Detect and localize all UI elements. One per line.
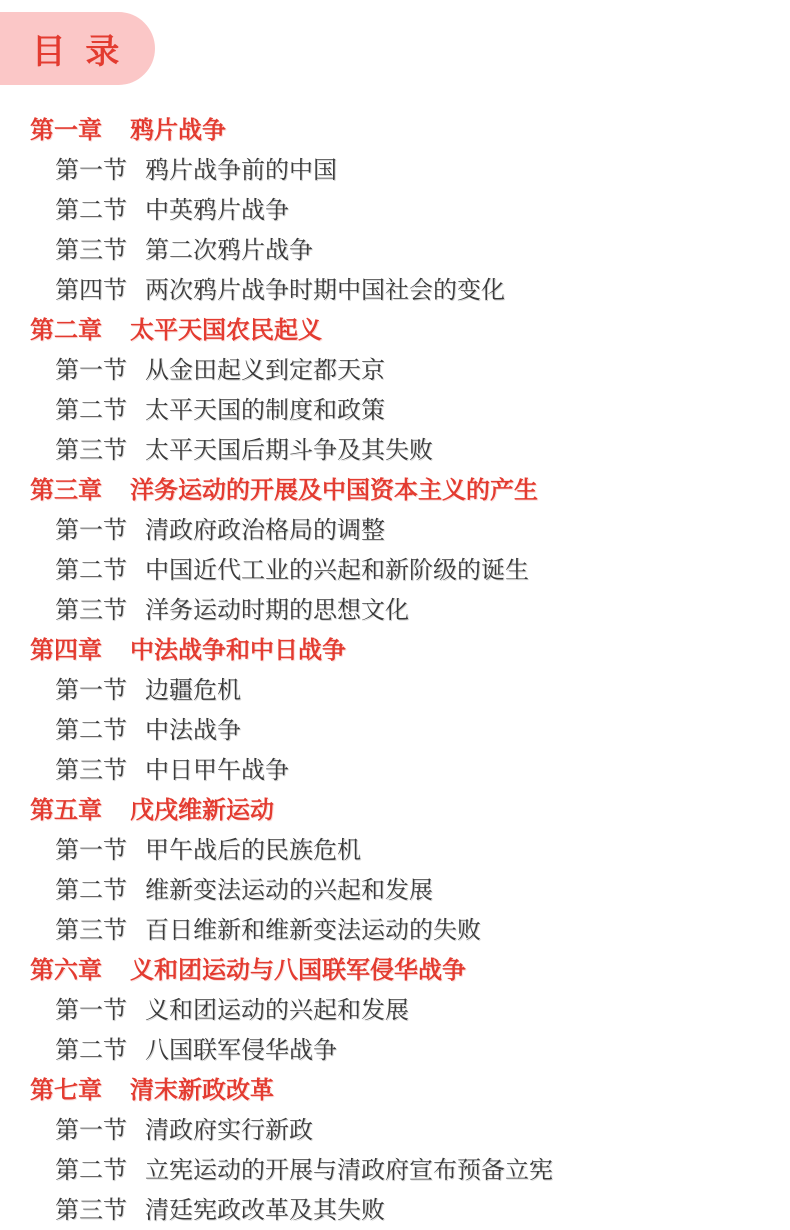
section-number: 第二节 <box>55 396 127 424</box>
section-number: 第二节 <box>55 556 127 584</box>
chapter-row[interactable]: 第一章鸦片战争 <box>30 110 770 150</box>
section-title: 清政府政治格局的调整 <box>145 516 385 544</box>
chapter-title: 中法战争和中日战争 <box>130 636 346 664</box>
chapter-title: 戊戌维新运动 <box>130 796 274 824</box>
toc-header-badge: 目 录 <box>0 12 155 85</box>
section-number: 第二节 <box>55 1036 127 1064</box>
chapter-number: 第三章 <box>30 476 102 504</box>
section-number: 第二节 <box>55 196 127 224</box>
section-title: 立宪运动的开展与清政府宣布预备立宪 <box>145 1156 553 1184</box>
section-number: 第三节 <box>55 756 127 784</box>
chapter-number: 第六章 <box>30 956 102 984</box>
section-number: 第一节 <box>55 1116 127 1144</box>
chapter-number: 第四章 <box>30 636 102 664</box>
chapter-row[interactable]: 第二章太平天国农民起义 <box>30 310 770 350</box>
section-number: 第一节 <box>55 516 127 544</box>
section-row[interactable]: 第三节百日维新和维新变法运动的失败 <box>55 910 770 950</box>
section-title: 中英鸦片战争 <box>145 196 289 224</box>
section-number: 第三节 <box>55 916 127 944</box>
section-title: 八国联军侵华战争 <box>145 1036 337 1064</box>
section-title: 第二次鸦片战争 <box>145 236 313 264</box>
section-title: 维新变法运动的兴起和发展 <box>145 876 433 904</box>
chapter-row[interactable]: 第四章中法战争和中日战争 <box>30 630 770 670</box>
section-number: 第二节 <box>55 876 127 904</box>
section-title: 边疆危机 <box>145 676 241 704</box>
section-number: 第三节 <box>55 1196 127 1224</box>
chapter-title: 太平天国农民起义 <box>130 316 322 344</box>
section-title: 清政府实行新政 <box>145 1116 313 1144</box>
section-title: 太平天国的制度和政策 <box>145 396 385 424</box>
section-row[interactable]: 第四节两次鸦片战争时期中国社会的变化 <box>55 270 770 310</box>
section-title: 义和团运动的兴起和发展 <box>145 996 409 1024</box>
section-title: 中国近代工业的兴起和新阶级的诞生 <box>145 556 529 584</box>
section-title: 鸦片战争前的中国 <box>145 156 337 184</box>
section-number: 第一节 <box>55 676 127 704</box>
section-row[interactable]: 第一节清政府实行新政 <box>55 1110 770 1150</box>
chapter-row[interactable]: 第五章戊戌维新运动 <box>30 790 770 830</box>
section-number: 第一节 <box>55 996 127 1024</box>
section-number: 第一节 <box>55 836 127 864</box>
section-title: 洋务运动时期的思想文化 <box>145 596 409 624</box>
section-title: 甲午战后的民族危机 <box>145 836 361 864</box>
section-row[interactable]: 第一节鸦片战争前的中国 <box>55 150 770 190</box>
section-row[interactable]: 第三节中日甲午战争 <box>55 750 770 790</box>
section-title: 太平天国后期斗争及其失败 <box>145 436 433 464</box>
section-title: 两次鸦片战争时期中国社会的变化 <box>145 276 505 304</box>
chapter-number: 第一章 <box>30 116 102 144</box>
chapter-number: 第七章 <box>30 1076 102 1104</box>
section-row[interactable]: 第一节边疆危机 <box>55 670 770 710</box>
chapter-title: 洋务运动的开展及中国资本主义的产生 <box>130 476 538 504</box>
section-row[interactable]: 第三节清廷宪政改革及其失败 <box>55 1190 770 1230</box>
chapter-title: 义和团运动与八国联军侵华战争 <box>130 956 466 984</box>
section-title: 从金田起义到定都天京 <box>145 356 385 384</box>
section-row[interactable]: 第三节太平天国后期斗争及其失败 <box>55 430 770 470</box>
section-number: 第三节 <box>55 436 127 464</box>
section-title: 中日甲午战争 <box>145 756 289 784</box>
section-row[interactable]: 第一节义和团运动的兴起和发展 <box>55 990 770 1030</box>
section-title: 中法战争 <box>145 716 241 744</box>
chapter-row[interactable]: 第六章义和团运动与八国联军侵华战争 <box>30 950 770 990</box>
section-row[interactable]: 第二节维新变法运动的兴起和发展 <box>55 870 770 910</box>
section-row[interactable]: 第一节清政府政治格局的调整 <box>55 510 770 550</box>
section-title: 百日维新和维新变法运动的失败 <box>145 916 481 944</box>
section-row[interactable]: 第二节中英鸦片战争 <box>55 190 770 230</box>
section-row[interactable]: 第二节太平天国的制度和政策 <box>55 390 770 430</box>
section-number: 第一节 <box>55 356 127 384</box>
section-row[interactable]: 第二节立宪运动的开展与清政府宣布预备立宪 <box>55 1150 770 1190</box>
section-number: 第二节 <box>55 1156 127 1184</box>
chapter-title: 鸦片战争 <box>130 116 226 144</box>
chapter-row[interactable]: 第七章清末新政改革 <box>30 1070 770 1110</box>
section-title: 清廷宪政改革及其失败 <box>145 1196 385 1224</box>
section-row[interactable]: 第二节中国近代工业的兴起和新阶级的诞生 <box>55 550 770 590</box>
section-row[interactable]: 第三节洋务运动时期的思想文化 <box>55 590 770 630</box>
chapter-row[interactable]: 第三章洋务运动的开展及中国资本主义的产生 <box>30 470 770 510</box>
toc-list: 第一章鸦片战争 第一节鸦片战争前的中国 第二节中英鸦片战争 第三节第二次鸦片战争… <box>30 110 770 1230</box>
section-number: 第三节 <box>55 596 127 624</box>
section-number: 第三节 <box>55 236 127 264</box>
section-row[interactable]: 第一节甲午战后的民族危机 <box>55 830 770 870</box>
toc-header-title: 目 录 <box>32 24 124 73</box>
section-number: 第四节 <box>55 276 127 304</box>
section-row[interactable]: 第二节八国联军侵华战争 <box>55 1030 770 1070</box>
chapter-number: 第二章 <box>30 316 102 344</box>
chapter-title: 清末新政改革 <box>130 1076 274 1104</box>
section-number: 第一节 <box>55 156 127 184</box>
section-number: 第二节 <box>55 716 127 744</box>
chapter-number: 第五章 <box>30 796 102 824</box>
section-row[interactable]: 第三节第二次鸦片战争 <box>55 230 770 270</box>
section-row[interactable]: 第二节中法战争 <box>55 710 770 750</box>
section-row[interactable]: 第一节从金田起义到定都天京 <box>55 350 770 390</box>
